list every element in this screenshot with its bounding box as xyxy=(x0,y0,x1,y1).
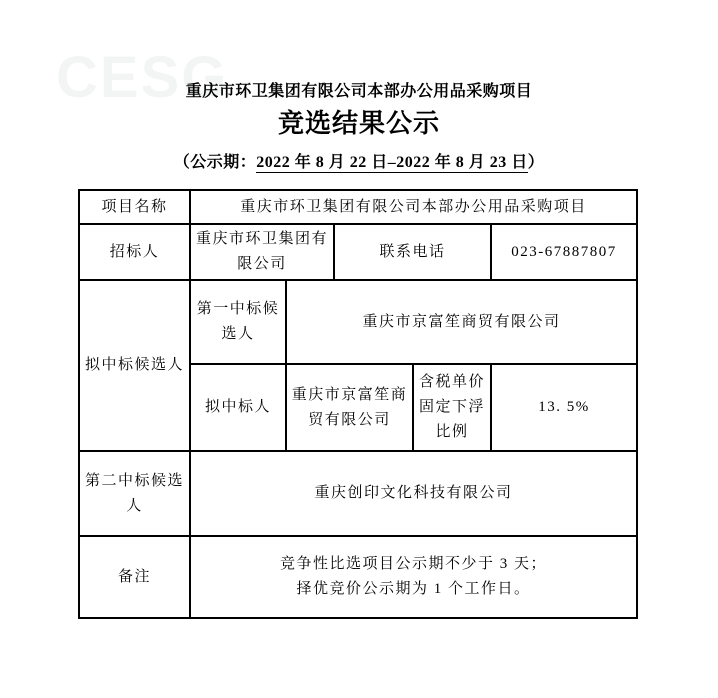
remark-label: 备注 xyxy=(79,536,190,618)
table-row-tenderer: 招标人 重庆市环卫集团有限公司 联系电话 023-67887807 xyxy=(79,224,637,280)
tenderer-value: 重庆市环卫集团有限公司 xyxy=(190,224,334,280)
document-page: CESG 重庆市环卫集团有限公司本部办公用品采购项目 竞选结果公示 （公示期：2… xyxy=(0,0,718,698)
proposed-winner-value: 重庆市京富笙商贸有限公司 xyxy=(286,364,413,451)
remark-line-1: 竞争性比选项目公示期不少于 3 天； xyxy=(195,552,632,577)
table-row-second-candidate: 第二中标候选人 重庆创印文化科技有限公司 xyxy=(79,451,637,536)
publicity-period-suffix: ） xyxy=(528,154,545,171)
table-row-project-name: 项目名称 重庆市环卫集团有限公司本部办公用品采购项目 xyxy=(79,190,637,224)
contact-phone-value: 023-67887807 xyxy=(491,224,637,280)
first-candidate-label: 第一中标候选人 xyxy=(190,280,286,364)
proposed-winner-label: 拟中标人 xyxy=(190,364,286,451)
discount-ratio-label: 含税单价固定下浮比例 xyxy=(413,364,491,451)
project-name-label: 项目名称 xyxy=(79,190,190,224)
publicity-period-prefix: （公示期： xyxy=(174,154,257,171)
candidates-label: 拟中标候选人 xyxy=(79,280,190,451)
document-title-main: 竞选结果公示 xyxy=(0,107,718,141)
remark-value: 竞争性比选项目公示期不少于 3 天； 择优竞价公示期为 1 个工作日。 xyxy=(190,536,637,618)
first-candidate-value: 重庆市京富笙商贸有限公司 xyxy=(286,280,637,364)
discount-ratio-value: 13. 5% xyxy=(491,364,637,451)
second-candidate-label: 第二中标候选人 xyxy=(79,451,190,536)
document-content: 重庆市环卫集团有限公司本部办公用品采购项目 竞选结果公示 （公示期：2022 年… xyxy=(0,0,718,619)
contact-phone-label: 联系电话 xyxy=(334,224,491,280)
publicity-period-line: （公示期：2022 年 8 月 22 日–2022 年 8 月 23 日） xyxy=(0,152,718,174)
second-candidate-value: 重庆创印文化科技有限公司 xyxy=(190,451,637,536)
publicity-period-dates: 2022 年 8 月 22 日–2022 年 8 月 23 日 xyxy=(256,154,528,173)
tenderer-label: 招标人 xyxy=(79,224,190,280)
result-table: 项目名称 重庆市环卫集团有限公司本部办公用品采购项目 招标人 重庆市环卫集团有限… xyxy=(78,189,638,619)
table-row-remark: 备注 竞争性比选项目公示期不少于 3 天； 择优竞价公示期为 1 个工作日。 xyxy=(79,536,637,618)
remark-line-2: 择优竞价公示期为 1 个工作日。 xyxy=(195,577,632,602)
document-title-project: 重庆市环卫集团有限公司本部办公用品采购项目 xyxy=(0,82,718,102)
table-row-first-candidate: 拟中标候选人 第一中标候选人 重庆市京富笙商贸有限公司 xyxy=(79,280,637,364)
project-name-value: 重庆市环卫集团有限公司本部办公用品采购项目 xyxy=(190,190,637,224)
